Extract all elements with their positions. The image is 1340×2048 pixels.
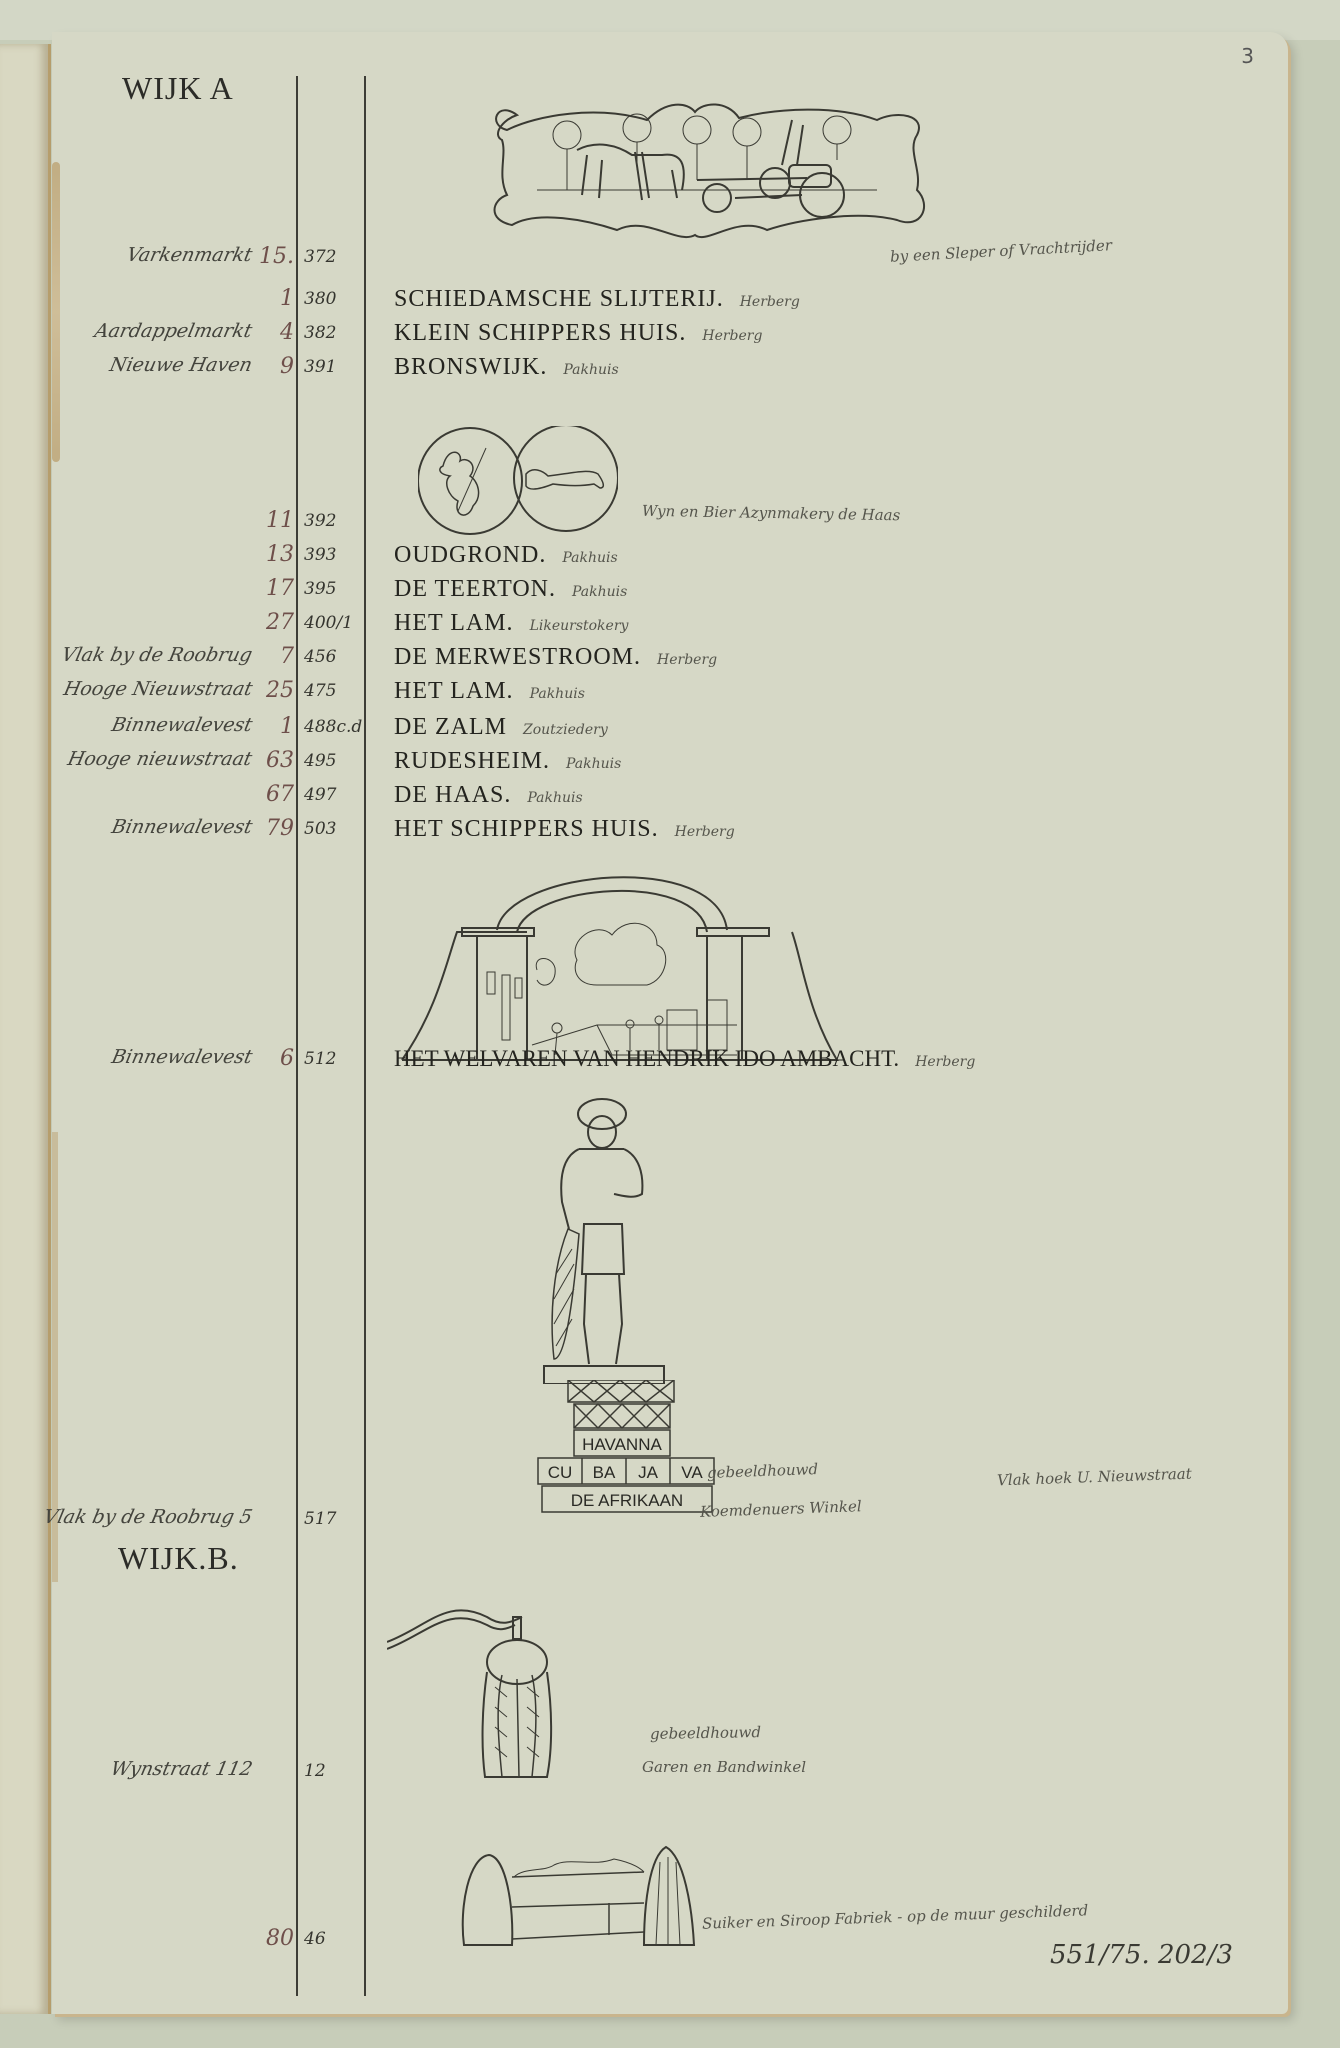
section-heading-wijk-b: WIJK.B.	[118, 1540, 239, 1577]
establishment-type: Pakhuis	[527, 790, 582, 806]
house-number: 1	[248, 714, 294, 739]
street-name: Hooge nieuwstraat	[66, 748, 254, 770]
establishment-name: BRONSWIJK.Pakhuis	[394, 354, 619, 381]
street-name: Binnewalevest	[110, 816, 255, 838]
street-name: Vlak by de Roobrug	[60, 644, 255, 666]
register-number: 12	[304, 1761, 362, 1781]
establishment-name: SCHIEDAMSCHE SLIJTERIJ.Herberg	[394, 286, 800, 313]
ledger-row: Vlak by de Roobrug 5 517	[52, 1506, 1288, 1540]
ledger-row: Wynstraat 112 12	[52, 1758, 1288, 1792]
register-number: 400/1	[304, 613, 362, 633]
establishment-name: RUDESHEIM.Pakhuis	[394, 748, 621, 775]
house-number: 67	[248, 782, 294, 807]
annotation-statue-location: Vlak hoek U. Nieuwstraat	[997, 1465, 1192, 1490]
house-number: 7	[248, 644, 294, 669]
establishment-type: Herberg	[675, 824, 735, 840]
african-figure-statue-icon	[484, 1084, 724, 1384]
ledger-row: Binnewalevest 1 488c.d DE ZALMZoutzieder…	[52, 714, 1288, 748]
establishment-name: DE TEERTON.Pakhuis	[394, 576, 627, 603]
svg-text:VA: VA	[681, 1463, 703, 1482]
establishment-type: Herberg	[740, 294, 800, 310]
street-name: Nieuwe Haven	[108, 354, 255, 376]
house-number: 63	[248, 748, 294, 773]
tassel-sign-icon	[387, 1587, 627, 1787]
establishment-name: HET SCHIPPERS HUIS.Herberg	[394, 816, 735, 843]
establishment-name: HET WELVAREN VAN HENDRIK IDO AMBACHT.Her…	[394, 1046, 975, 1072]
register-number: 497	[304, 785, 362, 805]
establishment-type: Pakhuis	[530, 686, 585, 702]
house-number: 25	[248, 678, 294, 703]
svg-text:CU: CU	[548, 1463, 573, 1482]
establishment-type: Zoutziedery	[523, 722, 608, 738]
register-number: 395	[304, 579, 362, 599]
establishment-name: DE HAAS.Pakhuis	[394, 782, 583, 809]
ledger-row: Binnewalevest 6 512 HET WELVAREN VAN HEN…	[52, 1046, 1288, 1080]
ledger-row: Hooge Nieuwstraat 25 475 HET LAM.Pakhuis	[52, 678, 1288, 712]
establishment-name: HET LAM.Likeurstokery	[394, 610, 628, 637]
house-number: 27	[248, 610, 294, 635]
establishment-type: Likeurstokery	[530, 618, 629, 634]
register-number: 46	[304, 1929, 362, 1949]
archive-reference: 551/75. 202/3	[1050, 1940, 1233, 1970]
register-number: 382	[304, 323, 362, 343]
establishment-type: Pakhuis	[566, 756, 621, 772]
svg-text:JA: JA	[638, 1463, 659, 1482]
establishment-type: Pakhuis	[563, 362, 618, 378]
house-number: 1	[248, 286, 294, 311]
establishment-name: HET LAM.Pakhuis	[394, 678, 585, 705]
establishment-type: Pakhuis	[562, 550, 617, 566]
page-number: 3	[1241, 44, 1254, 68]
establishment-type: Pakhuis	[572, 584, 627, 600]
register-number: 392	[304, 511, 362, 531]
street-name: Binnewalevest	[110, 714, 255, 736]
left-page-edge	[0, 44, 51, 2014]
statue-plinth: HAVANNA CU BA JA VA DE AFRIKAAN	[534, 1380, 754, 1520]
register-number: 475	[304, 681, 362, 701]
house-number: 17	[248, 576, 294, 601]
house-number: 79	[248, 816, 294, 841]
register-number: 372	[304, 247, 362, 267]
register-number: 488c.d	[304, 717, 362, 737]
register-number: 380	[304, 289, 362, 309]
establishment-name: DE MERWESTROOM.Herberg	[394, 644, 717, 671]
annotation-statue: gebeeldhouwd	[707, 1460, 819, 1482]
ledger-row: Nieuwe Haven 9 391 BRONSWIJK.Pakhuis	[52, 354, 1288, 388]
ledger-row: 1 380 SCHIEDAMSCHE SLIJTERIJ.Herberg	[52, 286, 1288, 320]
house-number: 13	[248, 542, 294, 567]
ledger-row: Binnewalevest 79 503 HET SCHIPPERS HUIS.…	[52, 816, 1288, 850]
house-number: 4	[248, 320, 294, 345]
establishment-name: DE ZALMZoutziedery	[394, 714, 608, 741]
ledger-row: Hooge nieuwstraat 63 495 RUDESHEIM.Pakhu…	[52, 748, 1288, 782]
svg-text:BA: BA	[593, 1463, 616, 1482]
ledger-row: 27 400/1 HET LAM.Likeurstokery	[52, 610, 1288, 644]
register-number: 503	[304, 819, 362, 839]
ledger-row: Vlak by de Roobrug 7 456 DE MERWESTROOM.…	[52, 644, 1288, 678]
house-number: 15.	[248, 244, 294, 269]
establishment-name: KLEIN SCHIPPERS HUIS.Herberg	[394, 320, 762, 347]
ledger-row: 67 497 DE HAAS.Pakhuis	[52, 782, 1288, 816]
ledger-row: Varkenmarkt 15. 372	[52, 244, 1288, 278]
ledger-page: 3 WIJK A WIJK.B. by een Sleper of Vracht…	[52, 32, 1288, 2014]
register-number: 517	[304, 1509, 362, 1529]
house-number: 6	[248, 1046, 294, 1071]
ledger-row: 11 392	[52, 508, 1288, 542]
ledger-row: 13 393 OUDGROND.Pakhuis	[52, 542, 1288, 576]
ledger-row: 17 395 DE TEERTON.Pakhuis	[52, 576, 1288, 610]
house-number: 9	[248, 354, 294, 379]
ledger-row: Aardappelmarkt 4 382 KLEIN SCHIPPERS HUI…	[52, 320, 1288, 354]
annotation-tassel: gebeeldhouwd	[650, 1723, 761, 1743]
house-number: 80	[248, 1926, 294, 1951]
street-name: Aardappelmarkt	[93, 320, 255, 342]
house-number: 11	[248, 508, 294, 533]
street-name: Vlak by de Roobrug 5	[42, 1506, 255, 1528]
street-name: Wynstraat 112	[109, 1758, 255, 1780]
gateway-sign-icon	[397, 860, 847, 1070]
establishment-type: Herberg	[915, 1054, 975, 1070]
plinth-label-havanna: HAVANNA	[582, 1435, 662, 1454]
register-number: 512	[304, 1049, 362, 1069]
register-number: 456	[304, 647, 362, 667]
register-number: 495	[304, 751, 362, 771]
section-heading-wijk-a: WIJK A	[122, 70, 234, 107]
establishment-name: OUDGROND.Pakhuis	[394, 542, 618, 569]
register-number: 393	[304, 545, 362, 565]
street-name: Hooge Nieuwstraat	[62, 678, 255, 700]
street-name: Varkenmarkt	[125, 244, 255, 266]
establishment-type: Herberg	[657, 652, 717, 668]
horse-and-cart-sign-icon	[477, 80, 947, 240]
establishment-type: Herberg	[702, 328, 762, 344]
register-number: 391	[304, 357, 362, 377]
street-name: Binnewalevest	[110, 1046, 255, 1068]
